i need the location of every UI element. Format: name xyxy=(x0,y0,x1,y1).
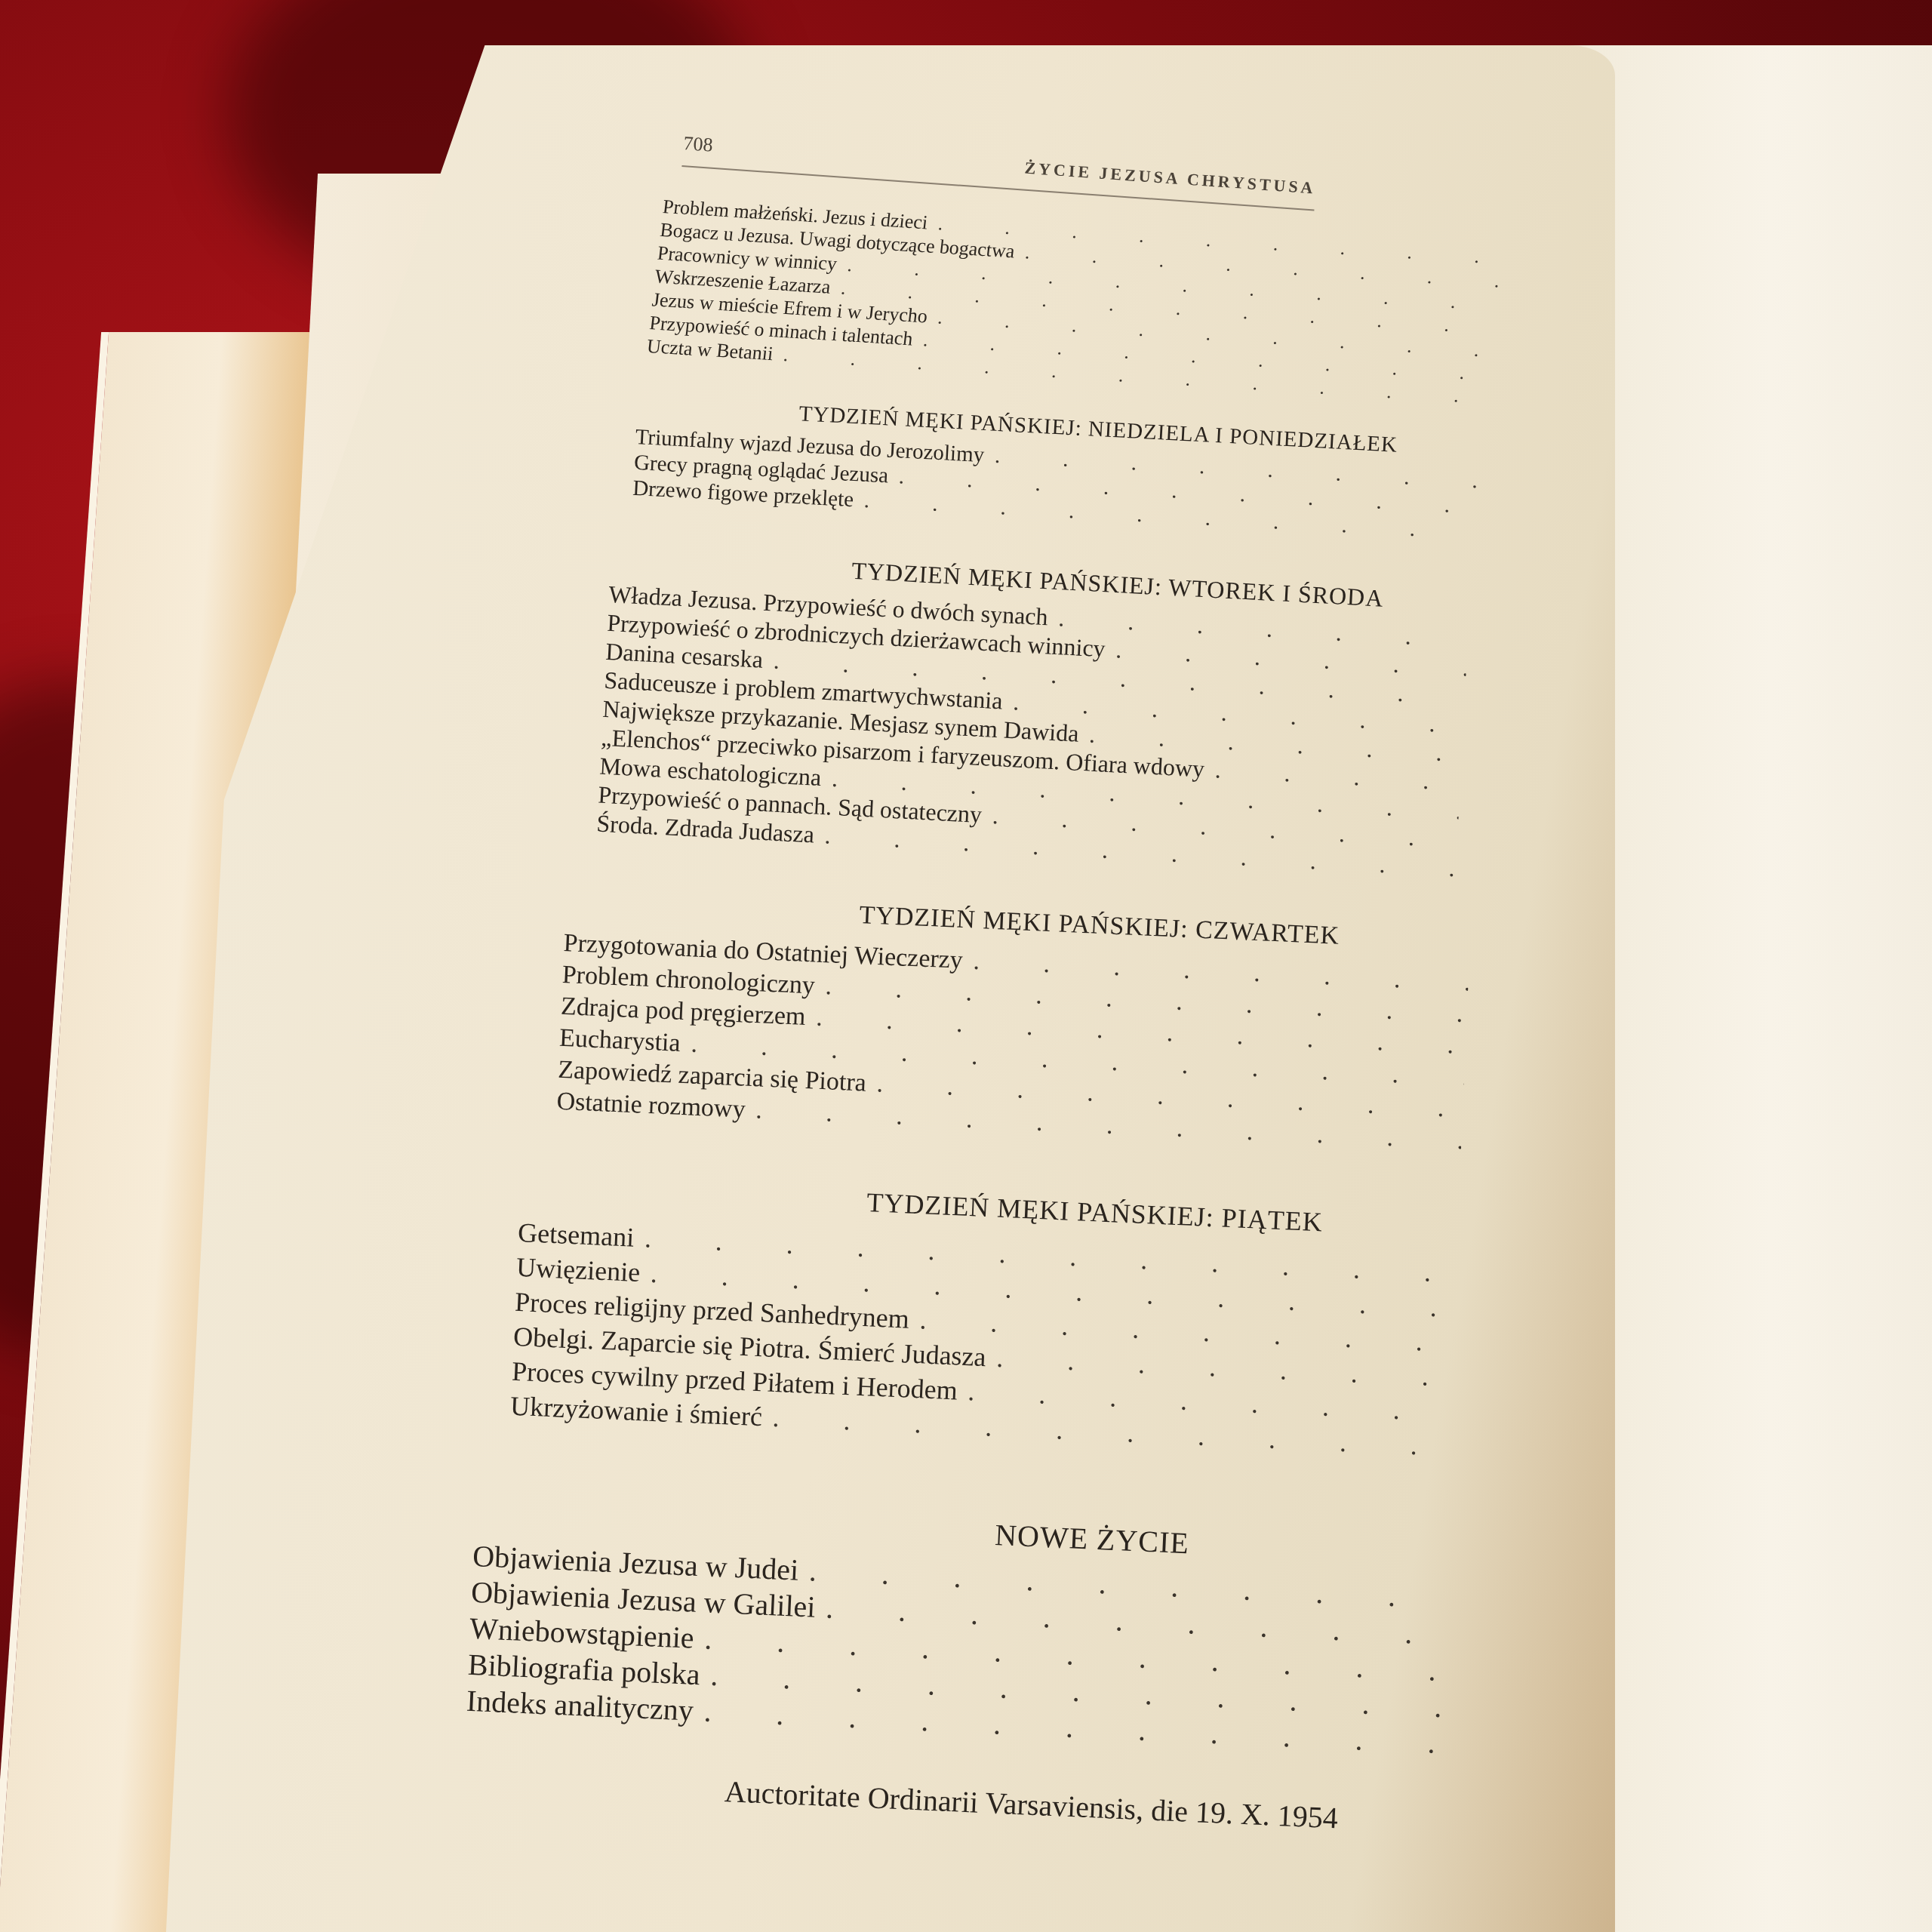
toc-section: TYDZIEŃ MĘKI PAŃSKIEJ: CZWARTEK Przygoto… xyxy=(556,887,1471,1157)
table-of-contents: 708 ŻYCIE JEZUSA CHRYSTUSA Problem małże… xyxy=(0,0,1932,1932)
toc-section: TYDZIEŃ MĘKI PAŃSKIEJ: NIEDZIELA I PONIE… xyxy=(632,392,1481,545)
toc-section: TYDZIEŃ MĘKI PAŃSKIEJ: PIĄTEK Getsemani … xyxy=(509,1170,1470,1465)
running-head: 708 ŻYCIE JEZUSA CHRYSTUSA xyxy=(681,132,1316,211)
toc-section: TYDZIEŃ MĘKI PAŃSKIEJ: WTOREK I ŚRODA Wł… xyxy=(596,543,1471,882)
imprimatur-note: Auctoritate Ordinarii Varsaviensis, die … xyxy=(724,1774,1339,1835)
toc-section: NOWE ŻYCIE Objawienia Jezusa w Judei Obj… xyxy=(466,1494,1456,1761)
toc-section: Problem małżeński. Jezus i dzieci Bogacz… xyxy=(645,195,1508,409)
page-number: 708 xyxy=(683,132,714,157)
book-title: ŻYCIE JEZUSA CHRYSTUSA xyxy=(1024,158,1317,198)
